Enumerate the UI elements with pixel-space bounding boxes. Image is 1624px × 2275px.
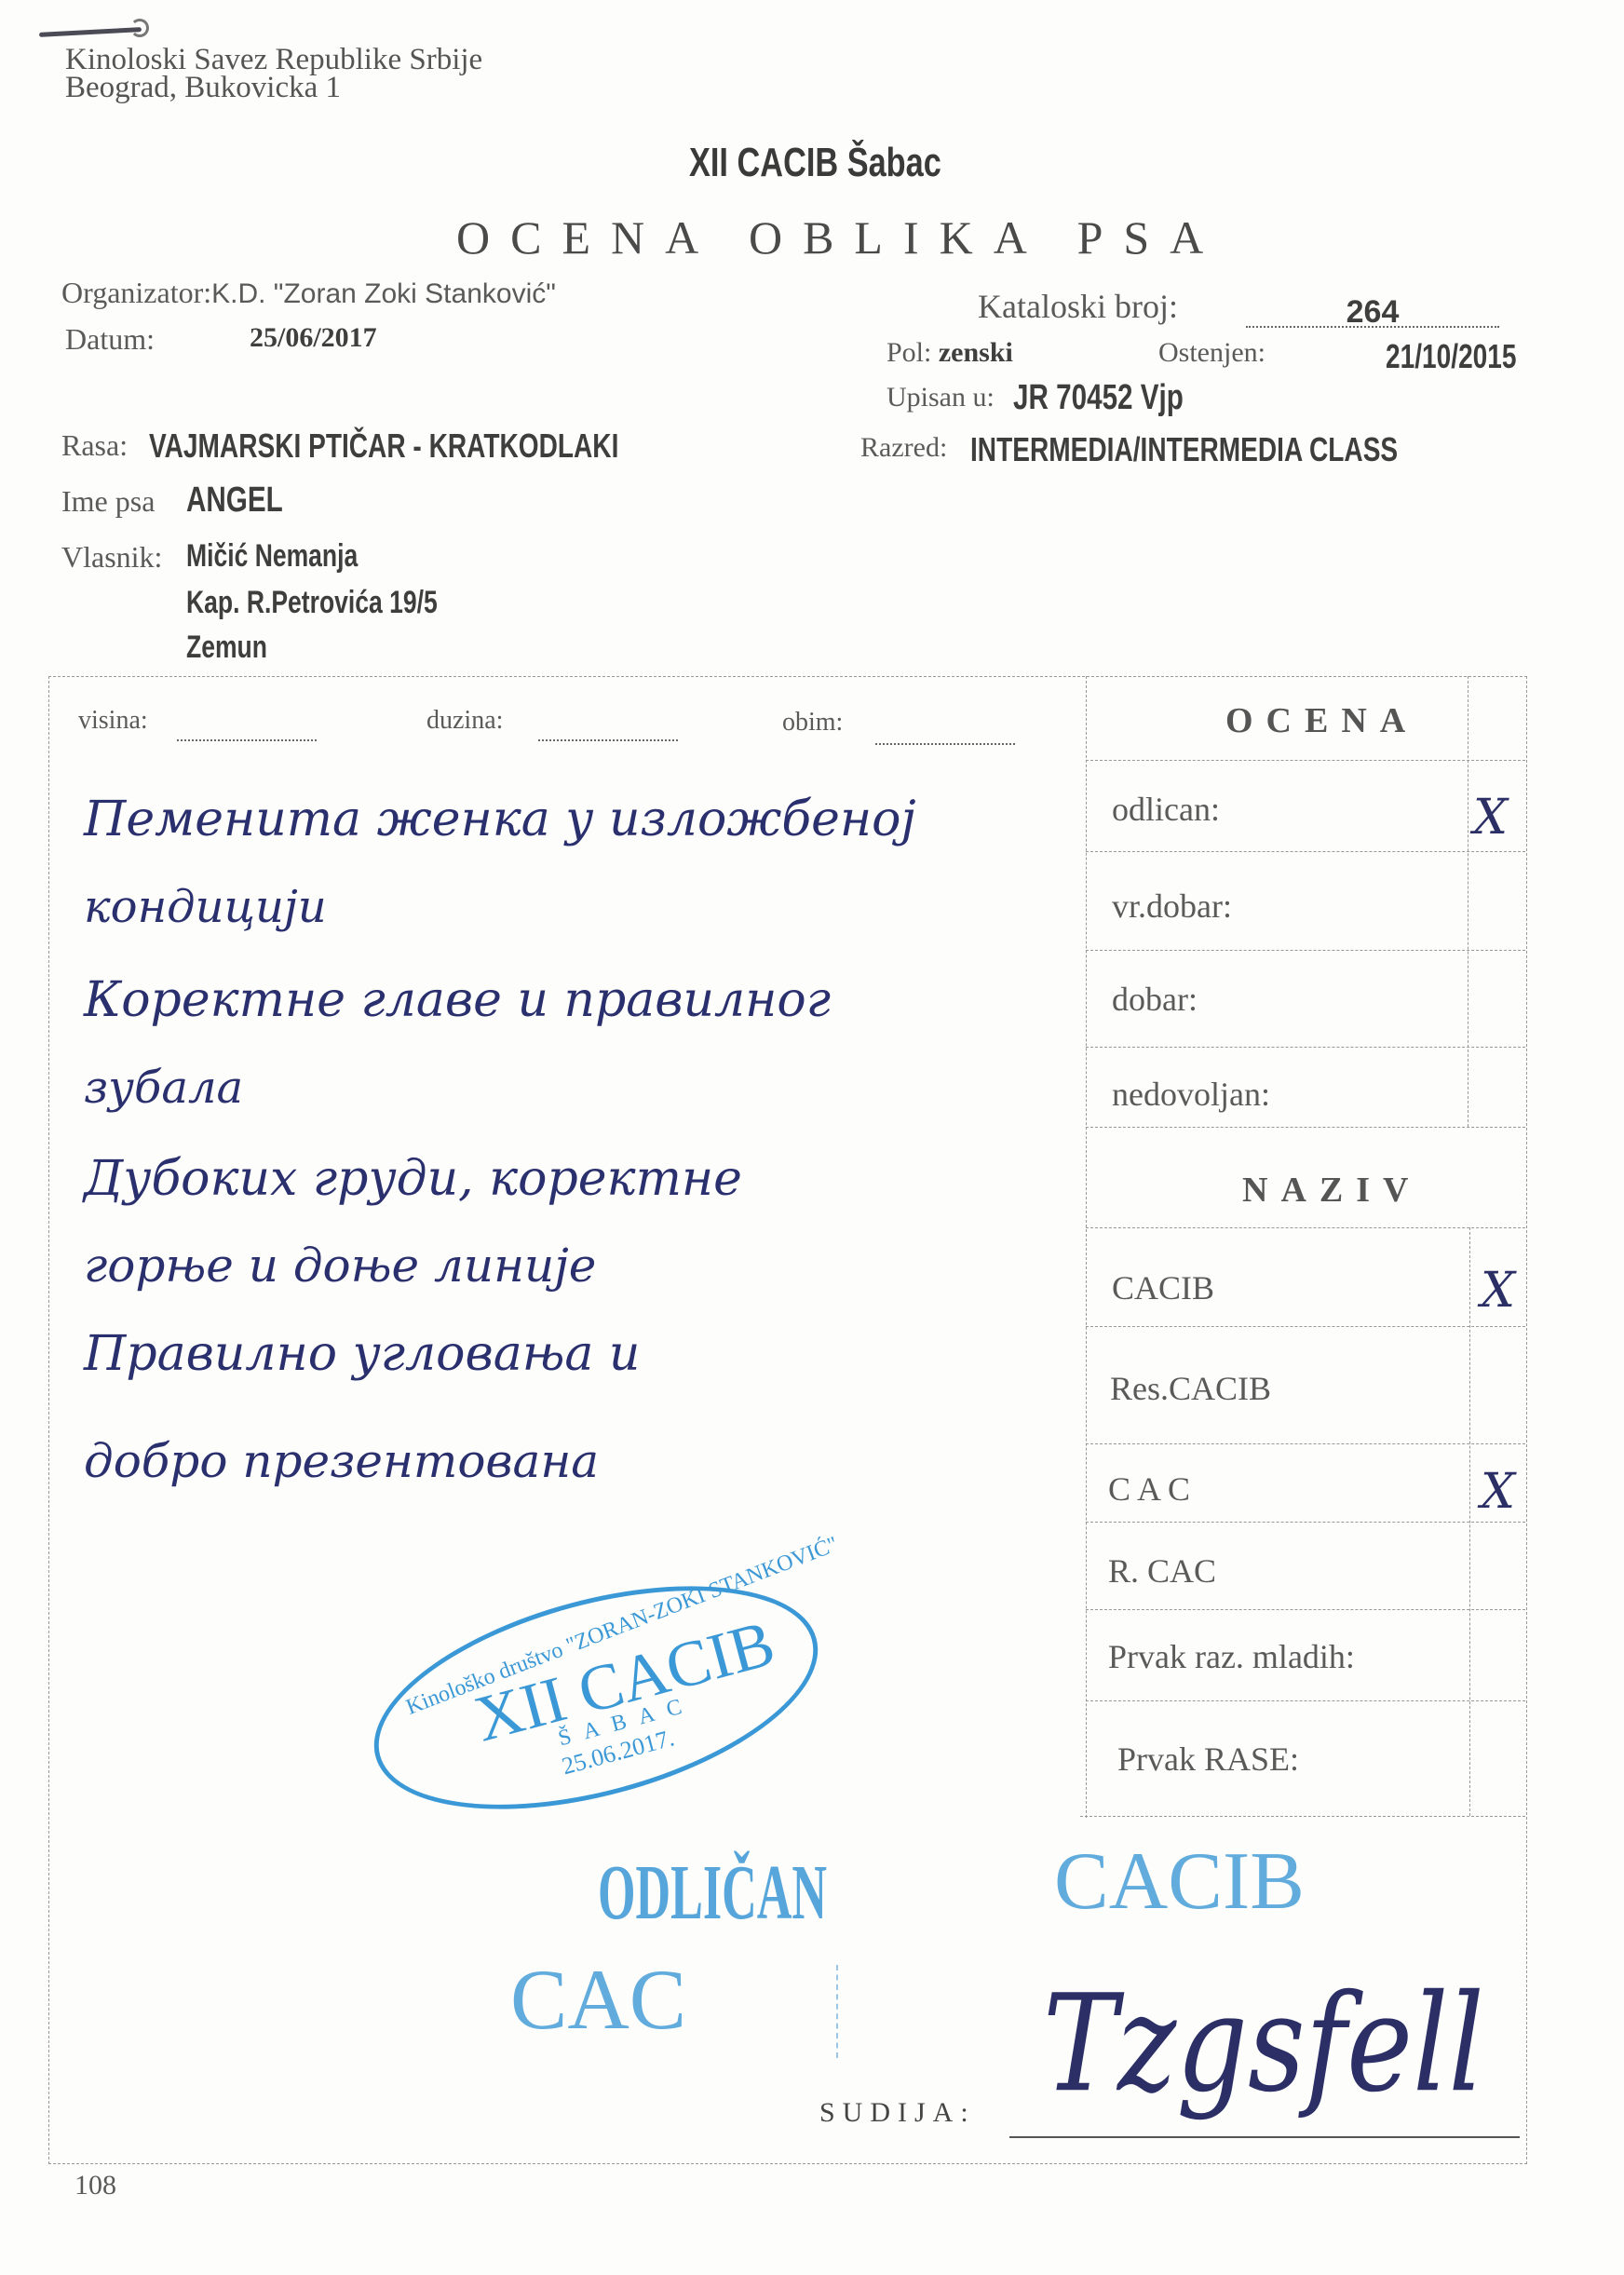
stamp-mark bbox=[836, 1965, 838, 2058]
paper-clip-icon bbox=[39, 19, 151, 39]
grade-stamp-odlican: ODLIČAN bbox=[598, 1848, 827, 1938]
naziv-cacib-label: CACIB bbox=[1112, 1268, 1214, 1307]
row-divider bbox=[1086, 1609, 1525, 1610]
row-divider bbox=[1086, 1127, 1525, 1128]
row-divider bbox=[1086, 1326, 1525, 1327]
evaluation-line: горње и доње линије bbox=[84, 1239, 596, 1293]
visina-label: visina: bbox=[78, 706, 148, 736]
organizator-field: Organizator:K.D. "Zoran Zoki Stanković" bbox=[61, 276, 556, 310]
sudija-label: SUDIJA: bbox=[819, 2097, 976, 2129]
upisan-value: JR 70452 Vjp bbox=[1013, 378, 1184, 418]
evaluation-line: Пеменита женка у изложбеној bbox=[84, 792, 916, 847]
obim-input[interactable] bbox=[875, 717, 1015, 745]
evaluation-line: Правилно угловања и bbox=[84, 1326, 640, 1382]
razred-label: Razred: bbox=[860, 432, 947, 464]
ocena-odlican-checkbox[interactable]: X bbox=[1473, 790, 1508, 846]
ocena-vrdobar-label: vr.dobar: bbox=[1112, 887, 1232, 926]
naziv-rescacib-label: Res.CACIB bbox=[1110, 1369, 1271, 1408]
row-divider bbox=[1086, 851, 1525, 852]
judge-signature: Tzgsfell bbox=[1043, 1967, 1484, 2122]
signature-line bbox=[1009, 2136, 1520, 2138]
title-stamp-cacib: CACIB bbox=[1054, 1835, 1305, 1929]
ostenjen-label: Ostenjen: bbox=[1158, 337, 1265, 369]
organizator-value: K.D. "Zoran Zoki Stanković" bbox=[211, 278, 556, 309]
evaluation-line: Дубоких груди, коректне bbox=[84, 1151, 742, 1207]
row-divider bbox=[1086, 1047, 1525, 1048]
ostenjen-value: 21/10/2015 bbox=[1386, 337, 1517, 376]
organizator-label: Organizator: bbox=[61, 276, 211, 309]
row-divider bbox=[1086, 1227, 1525, 1228]
ime-psa-value: ANGEL bbox=[186, 481, 283, 521]
pol-field: Pol: zenski bbox=[886, 337, 1013, 369]
upisan-label: Upisan u: bbox=[886, 382, 995, 413]
row-divider bbox=[1086, 1700, 1525, 1701]
ocena-nedovoljan-label: nedovoljan: bbox=[1112, 1075, 1270, 1114]
pol-label: Pol: bbox=[886, 337, 931, 368]
row-divider bbox=[1080, 1816, 1525, 1817]
table-divider bbox=[1086, 676, 1087, 1818]
duzina-label: duzina: bbox=[426, 706, 503, 736]
datum-label: Datum: bbox=[65, 322, 155, 357]
naziv-rcac-label: R. CAC bbox=[1108, 1551, 1216, 1591]
naziv-cacib-checkbox[interactable]: X bbox=[1481, 1263, 1515, 1319]
page-number: 108 bbox=[74, 2170, 116, 2201]
row-divider bbox=[1086, 950, 1525, 951]
organization-address: Beograd, Bukovicka 1 bbox=[65, 71, 341, 105]
visina-input[interactable] bbox=[177, 713, 317, 741]
rasa-label: Rasa: bbox=[61, 428, 128, 463]
row-divider bbox=[1086, 760, 1525, 761]
row-divider bbox=[1086, 1522, 1525, 1523]
naziv-prvak-rase-label: Prvak RASE: bbox=[1117, 1740, 1299, 1779]
vlasnik-name: Mičić Nemanja bbox=[186, 538, 358, 575]
duzina-input[interactable] bbox=[538, 713, 678, 741]
kataloski-broj-label: Kataloski broj: bbox=[978, 287, 1178, 326]
naziv-prvak-mladih-label: Prvak raz. mladih: bbox=[1108, 1637, 1355, 1676]
event-title: XII CACIB Šabac bbox=[689, 140, 941, 186]
title-stamp-cac: CAC bbox=[510, 1950, 686, 2049]
vlasnik-city: Zemun bbox=[186, 630, 267, 666]
rasa-value: VAJMARSKI PTIČAR - KRATKODLAKI bbox=[149, 427, 618, 466]
pol-value: zenski bbox=[939, 337, 1013, 368]
row-divider bbox=[1086, 1443, 1525, 1444]
evaluation-line: зубала bbox=[84, 1062, 243, 1114]
evaluation-line: кондицији bbox=[84, 881, 327, 933]
obim-label: obim: bbox=[782, 708, 843, 738]
ocena-dobar-label: dobar: bbox=[1112, 980, 1198, 1019]
ocena-heading: OCENA bbox=[1225, 700, 1418, 741]
naziv-heading: NAZIV bbox=[1242, 1170, 1421, 1211]
ime-psa-label: Ime psa bbox=[61, 484, 155, 519]
evaluation-line: добро презентована bbox=[84, 1434, 599, 1488]
datum-value: 25/06/2017 bbox=[250, 322, 377, 354]
vlasnik-label: Vlasnik: bbox=[61, 540, 162, 575]
mark-column-divider bbox=[1468, 676, 1468, 1127]
kataloski-broj-field: 264 bbox=[1246, 294, 1499, 328]
razred-value: INTERMEDIA/INTERMEDIA CLASS bbox=[970, 430, 1398, 469]
kataloski-broj-value: 264 bbox=[1347, 294, 1400, 330]
ocena-odlican-label: odlican: bbox=[1112, 790, 1220, 829]
evaluation-line: Коректне главе и правилног bbox=[84, 972, 831, 1028]
document-title: OCENA OBLIKA PSA bbox=[456, 210, 1224, 264]
naziv-cac-label: C A C bbox=[1108, 1469, 1190, 1509]
naziv-cac-checkbox[interactable]: X bbox=[1481, 1464, 1515, 1520]
vlasnik-address: Kap. R.Petrovića 19/5 bbox=[186, 585, 438, 621]
